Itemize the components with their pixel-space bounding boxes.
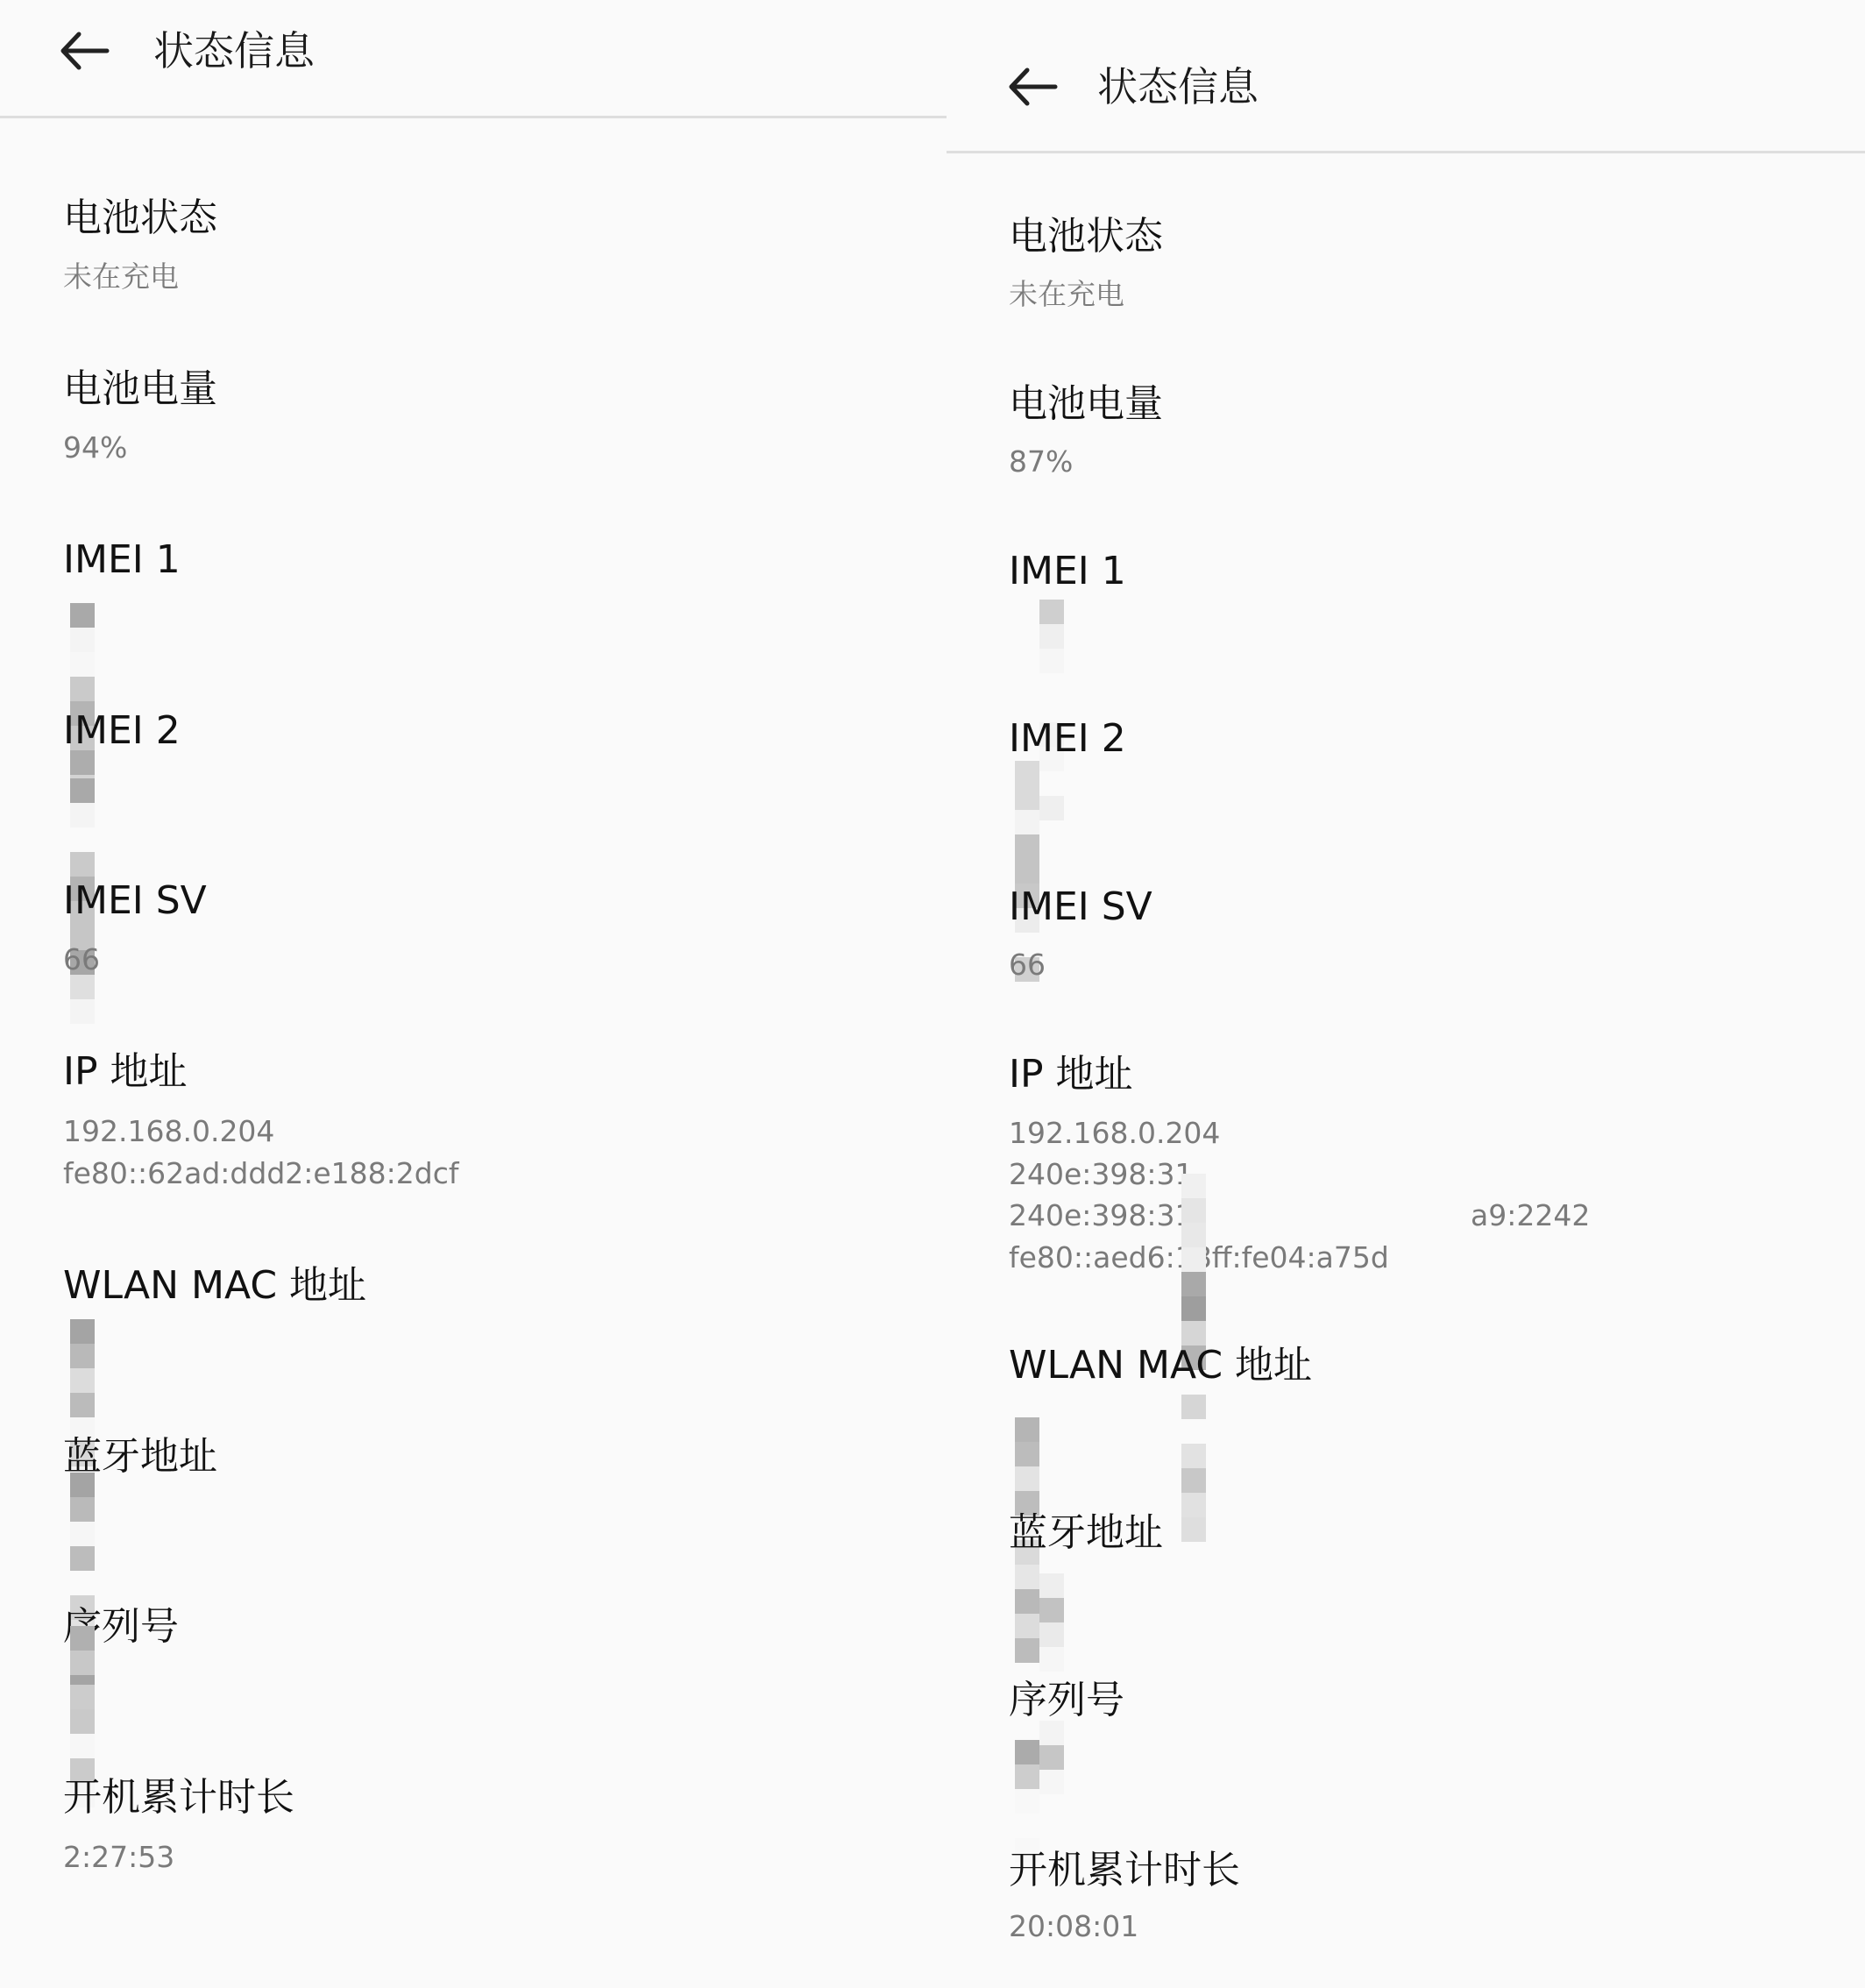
redacted-value <box>1039 624 1064 649</box>
item-value: 94% <box>63 433 127 462</box>
item-label: 电池电量 <box>63 370 217 408</box>
redacted-value <box>70 778 95 803</box>
back-button[interactable] <box>1006 65 1059 109</box>
item-label: 蓝牙地址 <box>1009 1514 1163 1552</box>
item-label: 电池状态 <box>63 199 217 238</box>
item-label: 开机累计时长 <box>63 1779 294 1817</box>
redacted-value <box>1015 761 1039 785</box>
item-label: 电池状态 <box>1009 217 1163 256</box>
item-value: 20:08:01 <box>1009 1912 1138 1941</box>
arrow-left-icon <box>58 29 110 73</box>
back-button[interactable] <box>58 29 110 73</box>
item-value-ipv4: 192.168.0.204 <box>1009 1118 1220 1147</box>
redacted-value <box>1015 1417 1039 1442</box>
item-label: 蓝牙地址 <box>63 1438 217 1476</box>
redacted-value <box>1015 1740 1039 1764</box>
page-title: 状态信息 <box>1097 67 1259 107</box>
item-value: 87% <box>1009 447 1073 476</box>
redacted-value <box>1039 1573 1064 1598</box>
item-label: WLAN MAC 地址 <box>63 1267 366 1305</box>
item-value-ipv6: fe80::62ad:ddd2:e188:2dcf <box>63 1159 459 1188</box>
item-value-ipv4: 192.168.0.204 <box>63 1117 274 1146</box>
item-label: IMEI SV <box>63 882 207 920</box>
redacted-value <box>70 1626 95 1651</box>
item-value: 66 <box>1009 950 1046 979</box>
item-label: IMEI 1 <box>63 541 181 579</box>
item-label: IP 地址 <box>63 1053 188 1091</box>
item-label: 开机累计时长 <box>1009 1851 1240 1890</box>
item-label: IMEI 2 <box>63 712 181 750</box>
redacted-value <box>70 1319 95 1344</box>
arrow-left-icon <box>1006 65 1059 109</box>
app-bar: 状态信息 <box>947 0 1865 153</box>
item-label: 电池电量 <box>1009 385 1163 423</box>
item-value: 未在充电 <box>1009 280 1124 309</box>
redacted-value <box>70 1473 95 1497</box>
page-title: 状态信息 <box>153 31 315 71</box>
item-value-ipv6-2: 240e:398:31 <box>1009 1201 1194 1230</box>
status-info-screen-left: 状态信息 电池状态 未在充电 电池电量 94% IMEI 1 IMEI 2 IM… <box>0 0 947 1988</box>
item-value: 66 <box>63 945 100 974</box>
item-label: IP 地址 <box>1009 1055 1133 1094</box>
item-label: WLAN MAC 地址 <box>1009 1346 1312 1385</box>
redacted-value <box>1181 1198 1206 1223</box>
app-bar: 状态信息 <box>0 0 947 118</box>
item-label: IMEI 1 <box>1009 552 1126 591</box>
redacted-value <box>1181 1174 1206 1198</box>
redacted-value <box>1039 600 1064 624</box>
item-value-ipv6-1: 240e:398:31 <box>1009 1160 1194 1189</box>
item-label: IMEI 2 <box>1009 720 1126 758</box>
item-label: 序列号 <box>1009 1681 1124 1720</box>
item-value: 未在充电 <box>63 262 179 291</box>
status-info-screen-right: 状态信息 电池状态 未在充电 电池电量 87% IMEI 1 IMEI 2 IM… <box>947 0 1865 1988</box>
redacted-value <box>70 1685 95 1709</box>
item-value-ipv6-2-suffix: a9:2242 <box>1471 1201 1590 1230</box>
item-label: IMEI SV <box>1009 888 1152 927</box>
redacted-value <box>70 603 95 628</box>
item-value: 2:27:53 <box>63 1842 174 1871</box>
